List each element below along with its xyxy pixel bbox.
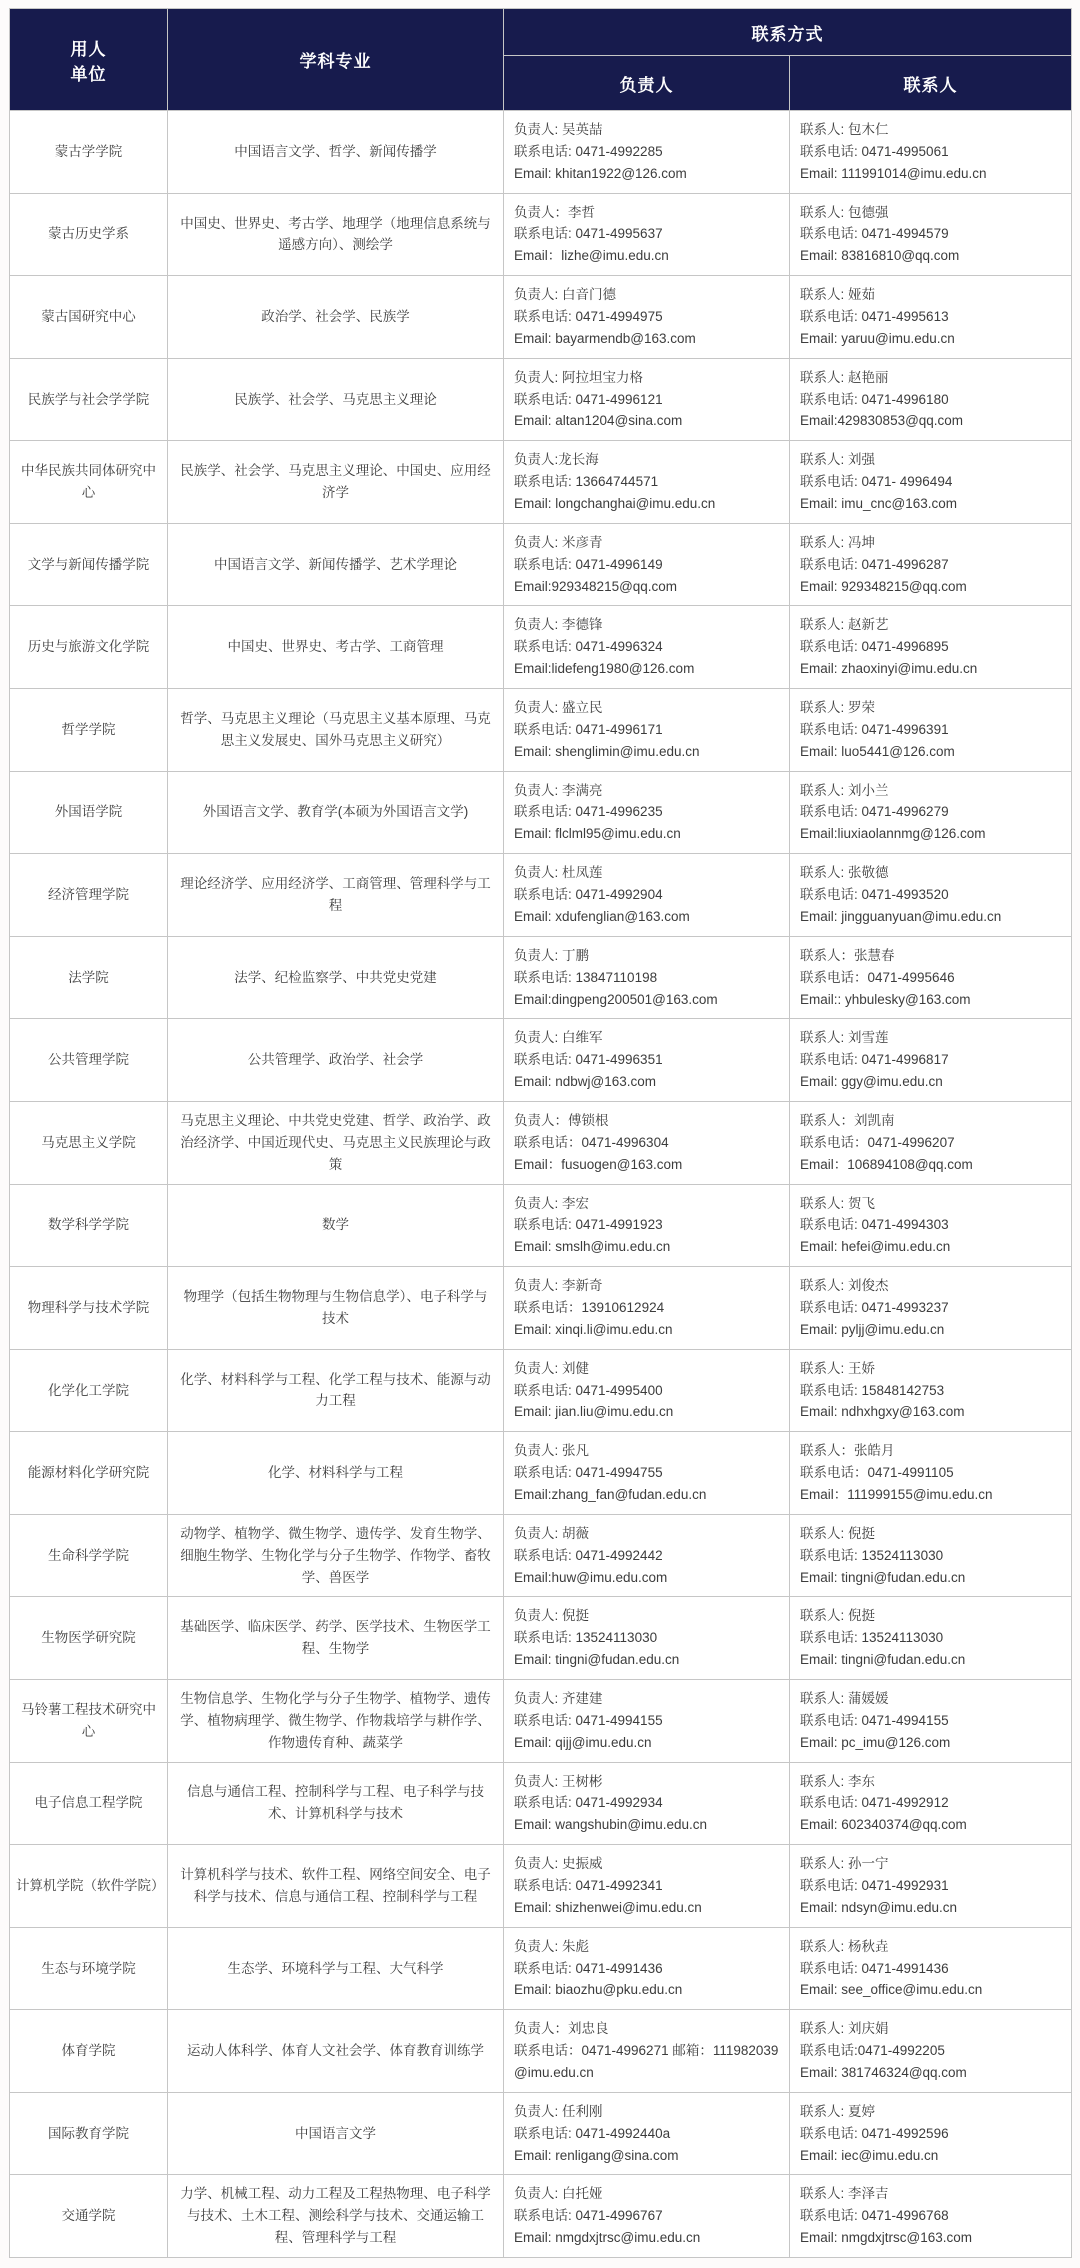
majors-cell: 政治学、社会学、民族学 bbox=[168, 276, 504, 359]
unit-cell: 生态与环境学院 bbox=[10, 1927, 168, 2010]
leader-cell: 负责人:龙长海联系电话: 13664744571Email: longchang… bbox=[504, 441, 790, 524]
unit-cell: 生命科学学院 bbox=[10, 1514, 168, 1597]
unit-cell: 体育学院 bbox=[10, 2010, 168, 2093]
contact-line: 联系电话: 15848142753 bbox=[800, 1380, 1063, 1402]
majors-cell: 信息与通信工程、控制科学与工程、电子科学与技术、计算机科学与技术 bbox=[168, 1762, 504, 1845]
contact-line: 联系人：张皓月 bbox=[800, 1440, 1063, 1462]
majors-cell: 运动人体科学、体育人文社会学、体育教育训练学 bbox=[168, 2010, 504, 2093]
contact-line: 联系电话: 0471-4992931 bbox=[800, 1875, 1063, 1897]
leader-cell: 负责人: 张凡联系电话: 0471-4994755Email:zhang_fan… bbox=[504, 1432, 790, 1515]
contact-line: 联系电话: 0471-4994155 bbox=[800, 1710, 1063, 1732]
majors-cell: 中国语言文学、新闻传播学、艺术学理论 bbox=[168, 523, 504, 606]
leader-cell: 负责人：傅锁根联系电话：0471-4996304Email：fusuogen@1… bbox=[504, 1101, 790, 1184]
contact-line: 联系人: 赵艳丽 bbox=[800, 367, 1063, 389]
leader-cell: 负责人: 白维军联系电话: 0471-4996351Email: ndbwj@1… bbox=[504, 1019, 790, 1102]
contact-line: 联系人: 贺飞 bbox=[800, 1193, 1063, 1215]
contact-line: Email: jingguanyuan@imu.edu.cn bbox=[800, 906, 1063, 928]
leader-line: 联系电话: 0471-4995400 bbox=[514, 1380, 781, 1402]
leader-line: Email: khitan1922@126.com bbox=[514, 163, 781, 185]
table-row: 外国语学院 外国语言文学、教育学(本硕为外国语言文学) 负责人: 李满亮联系电话… bbox=[10, 771, 1072, 854]
contact-cell: 联系人: 刘小兰联系电话: 0471-4996279Email:liuxiaol… bbox=[790, 771, 1072, 854]
contact-line: 联系电话：0471-4995646 bbox=[800, 967, 1063, 989]
contact-line: Email: imu_cnc@163.com bbox=[800, 493, 1063, 515]
leader-line: Email:zhang_fan@fudan.edu.cn bbox=[514, 1484, 781, 1506]
page: 用人 单位 学科专业 联系方式 负责人 联系人 蒙古学学院 中国语言文学、哲学、… bbox=[0, 0, 1080, 2268]
contact-cell: 联系人: 包木仁联系电话: 0471-4995061Email: 1119910… bbox=[790, 111, 1072, 194]
leader-line: 联系电话: 0471-4992442 bbox=[514, 1545, 781, 1567]
majors-cell: 外国语言文学、教育学(本硕为外国语言文学) bbox=[168, 771, 504, 854]
table-row: 数学科学学院 数学 负责人: 李宏联系电话: 0471-4991923Email… bbox=[10, 1184, 1072, 1267]
contact-line: Email: pc_imu@126.com bbox=[800, 1732, 1063, 1754]
contact-line: Email: see_office@imu.edu.cn bbox=[800, 1979, 1063, 2001]
leader-line: 联系电话: 0471-4992440a bbox=[514, 2123, 781, 2145]
contact-line: Email: iec@imu.edu.cn bbox=[800, 2145, 1063, 2167]
leader-line: Email:lidefeng1980@126.com bbox=[514, 658, 781, 680]
contact-line: 联系人: 冯坤 bbox=[800, 532, 1063, 554]
contact-cell: 联系人: 赵艳丽联系电话: 0471-4996180Email:42983085… bbox=[790, 358, 1072, 441]
contact-cell: 联系人: 李东联系电话: 0471-4992912Email: 60234037… bbox=[790, 1762, 1072, 1845]
contact-line: Email: ggy@imu.edu.cn bbox=[800, 1071, 1063, 1093]
contact-line: 联系人: 李东 bbox=[800, 1771, 1063, 1793]
contact-line: 联系人: 包木仁 bbox=[800, 119, 1063, 141]
table-row: 体育学院 运动人体科学、体育人文社会学、体育教育训练学 负责人：刘忠良联系电话：… bbox=[10, 2010, 1072, 2093]
contact-line: 联系人: 罗荣 bbox=[800, 697, 1063, 719]
contact-line: 联系电话:0471-4992205 bbox=[800, 2040, 1063, 2062]
contact-line: 联系人: 倪挺 bbox=[800, 1523, 1063, 1545]
leader-line: 负责人: 朱彪 bbox=[514, 1936, 781, 1958]
leader-cell: 负责人: 丁鹏联系电话: 13847110198Email:dingpeng20… bbox=[504, 936, 790, 1019]
majors-cell: 生态学、环境科学与工程、大气科学 bbox=[168, 1927, 504, 2010]
table-row: 计算机学院（软件学院） 计算机科学与技术、软件工程、网络空间安全、电子科学与技术… bbox=[10, 1845, 1072, 1928]
contact-line: 联系人: 刘庆娟 bbox=[800, 2018, 1063, 2040]
table-row: 马克思主义学院 马克思主义理论、中共党史党建、哲学、政治学、政治经济学、中国近现… bbox=[10, 1101, 1072, 1184]
table-header: 用人 单位 学科专业 联系方式 负责人 联系人 bbox=[10, 9, 1072, 111]
contact-line: Email: nmgdxjtrsc@163.com bbox=[800, 2227, 1063, 2249]
leader-cell: 负责人: 齐建建联系电话: 0471-4994155Email: qijj@im… bbox=[504, 1679, 790, 1762]
leader-line: 联系电话: 0471-4992341 bbox=[514, 1875, 781, 1897]
contact-line: Email:: yhbulesky@163.com bbox=[800, 989, 1063, 1011]
leader-line: 负责人: 白音门德 bbox=[514, 284, 781, 306]
leader-cell: 负责人：刘忠良联系电话：0471-4996271 邮箱：111982039@im… bbox=[504, 2010, 790, 2093]
contact-line: Email: 929348215@qq.com bbox=[800, 576, 1063, 598]
leader-line: 联系电话：13910612924 bbox=[514, 1297, 781, 1319]
unit-cell: 蒙古学学院 bbox=[10, 111, 168, 194]
contact-line: 联系电话: 13524113030 bbox=[800, 1627, 1063, 1649]
contact-line: Email: 111991014@imu.edu.cn bbox=[800, 163, 1063, 185]
table-row: 生物医学研究院 基础医学、临床医学、药学、医学技术、生物医学工程、生物学 负责人… bbox=[10, 1597, 1072, 1680]
table-row: 公共管理学院 公共管理学、政治学、社会学 负责人: 白维军联系电话: 0471-… bbox=[10, 1019, 1072, 1102]
leader-cell: 负责人：李哲联系电话: 0471-4995637Email：lizhe@imu.… bbox=[504, 193, 790, 276]
majors-cell: 物理学（包括生物物理与生物信息学）、电子科学与技术 bbox=[168, 1267, 504, 1350]
leader-cell: 负责人: 史振威联系电话: 0471-4992341Email: shizhen… bbox=[504, 1845, 790, 1928]
leader-line: 负责人: 盛立民 bbox=[514, 697, 781, 719]
table-row: 蒙古学学院 中国语言文学、哲学、新闻传播学 负责人: 吴英喆联系电话: 0471… bbox=[10, 111, 1072, 194]
unit-cell: 物理科学与技术学院 bbox=[10, 1267, 168, 1350]
table-row: 文学与新闻传播学院 中国语言文学、新闻传播学、艺术学理论 负责人: 米彦青联系电… bbox=[10, 523, 1072, 606]
leader-line: 联系电话: 0471-4991923 bbox=[514, 1214, 781, 1236]
majors-cell: 中国语言文学 bbox=[168, 2092, 504, 2175]
leader-line: 负责人: 倪挺 bbox=[514, 1605, 781, 1627]
leader-line: 联系电话: 0471-4996171 bbox=[514, 719, 781, 741]
leader-line: 联系电话: 0471-4996149 bbox=[514, 554, 781, 576]
leader-line: 负责人: 胡薇 bbox=[514, 1523, 781, 1545]
leader-line: Email: longchanghai@imu.edu.cn bbox=[514, 493, 781, 515]
leader-line: 负责人: 刘健 bbox=[514, 1358, 781, 1380]
col-header-contact-methods: 联系方式 bbox=[504, 9, 1072, 56]
leader-line: Email: wangshubin@imu.edu.cn bbox=[514, 1814, 781, 1836]
majors-cell: 化学、材料科学与工程、化学工程与技术、能源与动力工程 bbox=[168, 1349, 504, 1432]
contact-line: 联系电话: 0471-4992596 bbox=[800, 2123, 1063, 2145]
contact-cell: 联系人: 倪挺联系电话: 13524113030Email: tingni@fu… bbox=[790, 1514, 1072, 1597]
contact-line: 联系人: 倪挺 bbox=[800, 1605, 1063, 1627]
unit-cell: 哲学学院 bbox=[10, 689, 168, 772]
contact-line: 联系电话: 0471-4996180 bbox=[800, 389, 1063, 411]
contact-line: 联系人: 娅茹 bbox=[800, 284, 1063, 306]
leader-line: 负责人: 李满亮 bbox=[514, 780, 781, 802]
majors-cell: 民族学、社会学、马克思主义理论、中国史、应用经济学 bbox=[168, 441, 504, 524]
contact-line: 联系人：刘凯南 bbox=[800, 1110, 1063, 1132]
leader-cell: 负责人: 吴英喆联系电话: 0471-4992285Email: khitan1… bbox=[504, 111, 790, 194]
contact-cell: 联系人: 刘雪莲联系电话: 0471-4996817Email: ggy@imu… bbox=[790, 1019, 1072, 1102]
majors-cell: 生物信息学、生物化学与分子生物学、植物学、遗传学、植物病理学、微生物学、作物栽培… bbox=[168, 1679, 504, 1762]
leader-line: Email: bayarmendb@163.com bbox=[514, 328, 781, 350]
leader-cell: 负责人: 米彦青联系电话: 0471-4996149Email:92934821… bbox=[504, 523, 790, 606]
leader-cell: 负责人: 任利刚联系电话: 0471-4992440aEmail: renlig… bbox=[504, 2092, 790, 2175]
unit-cell: 马克思主义学院 bbox=[10, 1101, 168, 1184]
leader-line: Email: biaozhu@pku.edu.cn bbox=[514, 1979, 781, 2001]
contact-cell: 联系人: 张敬德联系电话: 0471-4993520Email: jinggua… bbox=[790, 854, 1072, 937]
contact-cell: 联系人：张皓月联系电话：0471-4991105Email：111999155@… bbox=[790, 1432, 1072, 1515]
contact-line: 联系电话: 0471-4993520 bbox=[800, 884, 1063, 906]
contact-cell: 联系人: 刘强联系电话: 0471- 4996494Email: imu_cnc… bbox=[790, 441, 1072, 524]
leader-cell: 负责人: 刘健联系电话: 0471-4995400Email: jian.liu… bbox=[504, 1349, 790, 1432]
contact-cell: 联系人: 夏婷联系电话: 0471-4992596Email: iec@imu.… bbox=[790, 2092, 1072, 2175]
unit-cell: 计算机学院（软件学院） bbox=[10, 1845, 168, 1928]
col-header-leader: 负责人 bbox=[504, 56, 790, 111]
table-row: 电子信息工程学院 信息与通信工程、控制科学与工程、电子科学与技术、计算机科学与技… bbox=[10, 1762, 1072, 1845]
majors-cell: 理论经济学、应用经济学、工商管理、管理科学与工程 bbox=[168, 854, 504, 937]
leader-line: 联系电话: 0471-4996351 bbox=[514, 1049, 781, 1071]
leader-cell: 负责人: 盛立民联系电话: 0471-4996171Email: shengli… bbox=[504, 689, 790, 772]
leader-line: 负责人: 吴英喆 bbox=[514, 119, 781, 141]
contact-table: 用人 单位 学科专业 联系方式 负责人 联系人 蒙古学学院 中国语言文学、哲学、… bbox=[9, 8, 1072, 2258]
contact-line: 联系人: 李泽吉 bbox=[800, 2183, 1063, 2205]
unit-cell: 蒙古历史学系 bbox=[10, 193, 168, 276]
contact-cell: 联系人: 杨秋垚联系电话: 0471-4991436Email: see_off… bbox=[790, 1927, 1072, 2010]
contact-cell: 联系人: 李泽吉联系电话: 0471-4996768Email: nmgdxjt… bbox=[790, 2175, 1072, 2258]
unit-cell: 经济管理学院 bbox=[10, 854, 168, 937]
table-row: 马铃薯工程技术研究中心 生物信息学、生物化学与分子生物学、植物学、遗传学、植物病… bbox=[10, 1679, 1072, 1762]
majors-cell: 化学、材料科学与工程 bbox=[168, 1432, 504, 1515]
leader-line: 联系电话: 0471-4996767 bbox=[514, 2205, 781, 2227]
contact-line: Email: yaruu@imu.edu.cn bbox=[800, 328, 1063, 350]
contact-cell: 联系人：张慧春联系电话：0471-4995646Email:: yhbulesk… bbox=[790, 936, 1072, 1019]
contact-line: 联系人: 蒲媛媛 bbox=[800, 1688, 1063, 1710]
leader-cell: 负责人: 杜凤莲联系电话: 0471-4992904Email: xdufeng… bbox=[504, 854, 790, 937]
leader-line: Email：fusuogen@163.com bbox=[514, 1154, 781, 1176]
unit-cell: 法学院 bbox=[10, 936, 168, 1019]
leader-line: Email: renligang@sina.com bbox=[514, 2145, 781, 2167]
contact-line: Email：106894108@qq.com bbox=[800, 1154, 1063, 1176]
unit-cell: 能源材料化学研究院 bbox=[10, 1432, 168, 1515]
majors-cell: 中国语言文学、哲学、新闻传播学 bbox=[168, 111, 504, 194]
leader-line: 联系电话: 0471-4995637 bbox=[514, 223, 781, 245]
leader-cell: 负责人: 李新奇联系电话：13910612924Email: xinqi.li@… bbox=[504, 1267, 790, 1350]
contact-line: Email: 381746324@qq.com bbox=[800, 2062, 1063, 2084]
leader-line: 负责人: 任利刚 bbox=[514, 2101, 781, 2123]
leader-line: Email: tingni@fudan.edu.cn bbox=[514, 1649, 781, 1671]
leader-cell: 负责人: 朱彪联系电话: 0471-4991436Email: biaozhu@… bbox=[504, 1927, 790, 2010]
leader-cell: 负责人: 李满亮联系电话: 0471-4996235Email: flclml9… bbox=[504, 771, 790, 854]
leader-line: 联系电话: 0471-4992904 bbox=[514, 884, 781, 906]
contact-cell: 联系人: 倪挺联系电话: 13524113030Email: tingni@fu… bbox=[790, 1597, 1072, 1680]
majors-cell: 基础医学、临床医学、药学、医学技术、生物医学工程、生物学 bbox=[168, 1597, 504, 1680]
table-row: 哲学学院 哲学、马克思主义理论（马克思主义基本原理、马克思主义发展史、国外马克思… bbox=[10, 689, 1072, 772]
leader-cell: 负责人: 李宏联系电话: 0471-4991923Email: smslh@im… bbox=[504, 1184, 790, 1267]
leader-line: Email: qijj@imu.edu.cn bbox=[514, 1732, 781, 1754]
leader-line: Email: flclml95@imu.edu.cn bbox=[514, 823, 781, 845]
contact-line: 联系电话: 0471- 4996494 bbox=[800, 471, 1063, 493]
col-header-contact-person: 联系人 bbox=[790, 56, 1072, 111]
contact-line: 联系电话: 13524113030 bbox=[800, 1545, 1063, 1567]
majors-cell: 哲学、马克思主义理论（马克思主义基本原理、马克思主义发展史、国外马克思主义研究） bbox=[168, 689, 504, 772]
majors-cell: 法学、纪检监察学、中共党史党建 bbox=[168, 936, 504, 1019]
unit-cell: 民族学与社会学学院 bbox=[10, 358, 168, 441]
leader-line: 负责人: 王树彬 bbox=[514, 1771, 781, 1793]
leader-line: 联系电话: 0471-4996235 bbox=[514, 801, 781, 823]
majors-cell: 马克思主义理论、中共党史党建、哲学、政治学、政治经济学、中国近现代史、马克思主义… bbox=[168, 1101, 504, 1184]
leader-cell: 负责人: 倪挺联系电话: 13524113030Email: tingni@fu… bbox=[504, 1597, 790, 1680]
unit-cell: 马铃薯工程技术研究中心 bbox=[10, 1679, 168, 1762]
contact-line: 联系电话: 0471-4996287 bbox=[800, 554, 1063, 576]
unit-cell: 数学科学学院 bbox=[10, 1184, 168, 1267]
contact-line: 联系人: 王娇 bbox=[800, 1358, 1063, 1380]
table-row: 化学化工学院 化学、材料科学与工程、化学工程与技术、能源与动力工程 负责人: 刘… bbox=[10, 1349, 1072, 1432]
majors-cell: 中国史、世界史、考古学、地理学（地理信息系统与遥感方向）、测绘学 bbox=[168, 193, 504, 276]
leader-line: Email:dingpeng200501@163.com bbox=[514, 989, 781, 1011]
contact-line: 联系电话：0471-4991105 bbox=[800, 1462, 1063, 1484]
contact-cell: 联系人: 王娇联系电话: 15848142753Email: ndhxhgxy@… bbox=[790, 1349, 1072, 1432]
contact-line: Email: ndsyn@imu.edu.cn bbox=[800, 1897, 1063, 1919]
contact-cell: 联系人: 赵新艺联系电话: 0471-4996895Email: zhaoxin… bbox=[790, 606, 1072, 689]
leader-line: Email：lizhe@imu.edu.cn bbox=[514, 245, 781, 267]
leader-line: 负责人: 杜凤莲 bbox=[514, 862, 781, 884]
contact-cell: 联系人: 冯坤联系电话: 0471-4996287Email: 92934821… bbox=[790, 523, 1072, 606]
contact-line: 联系电话: 0471-4996768 bbox=[800, 2205, 1063, 2227]
leader-line: Email:929348215@qq.com bbox=[514, 576, 781, 598]
contact-cell: 联系人: 罗荣联系电话: 0471-4996391Email: luo5441@… bbox=[790, 689, 1072, 772]
leader-line: 联系电话：0471-4996271 邮箱：111982039@imu.edu.c… bbox=[514, 2040, 781, 2084]
contact-cell: 联系人: 蒲媛媛联系电话: 0471-4994155Email: pc_imu@… bbox=[790, 1679, 1072, 1762]
leader-line: 负责人: 白托娅 bbox=[514, 2183, 781, 2205]
leader-line: 负责人: 张凡 bbox=[514, 1440, 781, 1462]
contact-line: 联系人: 杨秋垚 bbox=[800, 1936, 1063, 1958]
contact-line: 联系人: 刘雪莲 bbox=[800, 1027, 1063, 1049]
contact-line: 联系人: 赵新艺 bbox=[800, 614, 1063, 636]
leader-line: 负责人: 李宏 bbox=[514, 1193, 781, 1215]
leader-line: Email: xdufenglian@163.com bbox=[514, 906, 781, 928]
unit-cell: 外国语学院 bbox=[10, 771, 168, 854]
table-row: 蒙古国研究中心 政治学、社会学、民族学 负责人: 白音门德联系电话: 0471-… bbox=[10, 276, 1072, 359]
leader-cell: 负责人: 白托娅联系电话: 0471-4996767Email: nmgdxjt… bbox=[504, 2175, 790, 2258]
contact-line: 联系人：张慧春 bbox=[800, 945, 1063, 967]
contact-line: 联系电话: 0471-4991436 bbox=[800, 1958, 1063, 1980]
contact-cell: 联系人：刘凯南联系电话：0471-4996207Email：106894108@… bbox=[790, 1101, 1072, 1184]
leader-line: 联系电话: 0471-4996324 bbox=[514, 636, 781, 658]
leader-line: Email: jian.liu@imu.edu.cn bbox=[514, 1401, 781, 1423]
contact-line: 联系人: 刘小兰 bbox=[800, 780, 1063, 802]
contact-line: 联系人: 刘俊杰 bbox=[800, 1275, 1063, 1297]
contact-line: 联系电话: 0471-4996895 bbox=[800, 636, 1063, 658]
contact-line: 联系人: 包德强 bbox=[800, 202, 1063, 224]
contact-line: 联系电话: 0471-4994303 bbox=[800, 1214, 1063, 1236]
majors-cell: 中国史、世界史、考古学、工商管理 bbox=[168, 606, 504, 689]
unit-cell: 历史与旅游文化学院 bbox=[10, 606, 168, 689]
leader-line: 负责人: 史振威 bbox=[514, 1853, 781, 1875]
leader-line: Email: xinqi.li@imu.edu.cn bbox=[514, 1319, 781, 1341]
majors-cell: 公共管理学、政治学、社会学 bbox=[168, 1019, 504, 1102]
majors-cell: 力学、机械工程、动力工程及工程热物理、电子科学与技术、土木工程、测绘科学与技术、… bbox=[168, 2175, 504, 2258]
unit-cell: 国际教育学院 bbox=[10, 2092, 168, 2175]
majors-cell: 动物学、植物学、微生物学、遗传学、发育生物学、细胞生物学、生物化学与分子生物学、… bbox=[168, 1514, 504, 1597]
leader-line: Email: nmgdxjtrsc@imu.edu.cn bbox=[514, 2227, 781, 2249]
contact-line: Email: 602340374@qq.com bbox=[800, 1814, 1063, 1836]
contact-cell: 联系人: 刘俊杰联系电话: 0471-4993237Email: pyljj@i… bbox=[790, 1267, 1072, 1350]
contact-cell: 联系人: 刘庆娟联系电话:0471-4992205Email: 38174632… bbox=[790, 2010, 1072, 2093]
contact-line: 联系电话: 0471-4995061 bbox=[800, 141, 1063, 163]
contact-line: 联系电话: 0471-4993237 bbox=[800, 1297, 1063, 1319]
leader-line: 联系电话: 0471-4994155 bbox=[514, 1710, 781, 1732]
contact-line: Email: 83816810@qq.com bbox=[800, 245, 1063, 267]
unit-cell: 生物医学研究院 bbox=[10, 1597, 168, 1680]
contact-cell: 联系人: 贺飞联系电话: 0471-4994303Email: hefei@im… bbox=[790, 1184, 1072, 1267]
leader-line: 负责人: 齐建建 bbox=[514, 1688, 781, 1710]
unit-cell: 中华民族共同体研究中心 bbox=[10, 441, 168, 524]
majors-cell: 数学 bbox=[168, 1184, 504, 1267]
leader-line: Email: shenglimin@imu.edu.cn bbox=[514, 741, 781, 763]
unit-cell: 公共管理学院 bbox=[10, 1019, 168, 1102]
leader-cell: 负责人: 李德锋联系电话: 0471-4996324Email:lidefeng… bbox=[504, 606, 790, 689]
contact-line: Email: ndhxhgxy@163.com bbox=[800, 1401, 1063, 1423]
unit-cell: 化学化工学院 bbox=[10, 1349, 168, 1432]
leader-line: 负责人: 白维军 bbox=[514, 1027, 781, 1049]
contact-line: 联系电话: 0471-4996817 bbox=[800, 1049, 1063, 1071]
leader-line: 负责人: 李新奇 bbox=[514, 1275, 781, 1297]
leader-line: 负责人：傅锁根 bbox=[514, 1110, 781, 1132]
unit-cell: 电子信息工程学院 bbox=[10, 1762, 168, 1845]
unit-cell: 交通学院 bbox=[10, 2175, 168, 2258]
unit-cell: 文学与新闻传播学院 bbox=[10, 523, 168, 606]
contact-line: 联系电话: 0471-4992912 bbox=[800, 1792, 1063, 1814]
leader-line: Email: altan1204@sina.com bbox=[514, 410, 781, 432]
table-row: 国际教育学院 中国语言文学 负责人: 任利刚联系电话: 0471-4992440… bbox=[10, 2092, 1072, 2175]
contact-line: Email:429830853@qq.com bbox=[800, 410, 1063, 432]
table-body: 蒙古学学院 中国语言文学、哲学、新闻传播学 负责人: 吴英喆联系电话: 0471… bbox=[10, 111, 1072, 2258]
leader-line: 联系电话: 0471-4992934 bbox=[514, 1792, 781, 1814]
table-row: 生态与环境学院 生态学、环境科学与工程、大气科学 负责人: 朱彪联系电话: 04… bbox=[10, 1927, 1072, 2010]
contact-cell: 联系人: 娅茹联系电话: 0471-4995613Email: yaruu@im… bbox=[790, 276, 1072, 359]
leader-line: Email: smslh@imu.edu.cn bbox=[514, 1236, 781, 1258]
contact-line: 联系电话：0471-4996207 bbox=[800, 1132, 1063, 1154]
col-header-majors: 学科专业 bbox=[168, 9, 504, 111]
leader-line: 负责人:龙长海 bbox=[514, 449, 781, 471]
table-row: 物理科学与技术学院 物理学（包括生物物理与生物信息学）、电子科学与技术 负责人:… bbox=[10, 1267, 1072, 1350]
leader-cell: 负责人: 白音门德联系电话: 0471-4994975Email: bayarm… bbox=[504, 276, 790, 359]
leader-cell: 负责人: 阿拉坦宝力格联系电话: 0471-4996121Email: alta… bbox=[504, 358, 790, 441]
leader-line: 联系电话: 13524113030 bbox=[514, 1627, 781, 1649]
contact-line: 联系电话: 0471-4994579 bbox=[800, 223, 1063, 245]
majors-cell: 计算机科学与技术、软件工程、网络空间安全、电子科学与技术、信息与通信工程、控制科… bbox=[168, 1845, 504, 1928]
contact-line: Email: luo5441@126.com bbox=[800, 741, 1063, 763]
leader-line: Email: shizhenwei@imu.edu.cn bbox=[514, 1897, 781, 1919]
contact-line: Email: zhaoxinyi@imu.edu.cn bbox=[800, 658, 1063, 680]
leader-line: 负责人: 丁鹏 bbox=[514, 945, 781, 967]
leader-line: Email:huw@imu.edu.com bbox=[514, 1567, 781, 1589]
table-row: 生命科学学院 动物学、植物学、微生物学、遗传学、发育生物学、细胞生物学、生物化学… bbox=[10, 1514, 1072, 1597]
leader-line: 负责人：李哲 bbox=[514, 202, 781, 224]
contact-line: 联系电话: 0471-4996391 bbox=[800, 719, 1063, 741]
contact-line: Email: tingni@fudan.edu.cn bbox=[800, 1649, 1063, 1671]
leader-line: 负责人: 阿拉坦宝力格 bbox=[514, 367, 781, 389]
leader-line: 联系电话: 0471-4996121 bbox=[514, 389, 781, 411]
contact-line: 联系人: 夏婷 bbox=[800, 2101, 1063, 2123]
table-row: 蒙古历史学系 中国史、世界史、考古学、地理学（地理信息系统与遥感方向）、测绘学 … bbox=[10, 193, 1072, 276]
contact-line: 联系人: 孙一宁 bbox=[800, 1853, 1063, 1875]
contact-line: 联系电话: 0471-4995613 bbox=[800, 306, 1063, 328]
contact-line: Email: hefei@imu.edu.cn bbox=[800, 1236, 1063, 1258]
table-row: 历史与旅游文化学院 中国史、世界史、考古学、工商管理 负责人: 李德锋联系电话:… bbox=[10, 606, 1072, 689]
leader-line: 联系电话: 13847110198 bbox=[514, 967, 781, 989]
leader-cell: 负责人: 王树彬联系电话: 0471-4992934Email: wangshu… bbox=[504, 1762, 790, 1845]
contact-cell: 联系人: 孙一宁联系电话: 0471-4992931Email: ndsyn@i… bbox=[790, 1845, 1072, 1928]
leader-line: 联系电话: 0471-4991436 bbox=[514, 1958, 781, 1980]
leader-line: 负责人: 李德锋 bbox=[514, 614, 781, 636]
leader-line: 联系电话: 0471-4994975 bbox=[514, 306, 781, 328]
contact-line: Email: pyljj@imu.edu.cn bbox=[800, 1319, 1063, 1341]
leader-line: Email: ndbwj@163.com bbox=[514, 1071, 781, 1093]
leader-line: 负责人: 米彦青 bbox=[514, 532, 781, 554]
contact-line: Email:liuxiaolannmg@126.com bbox=[800, 823, 1063, 845]
table-row: 交通学院 力学、机械工程、动力工程及工程热物理、电子科学与技术、土木工程、测绘科… bbox=[10, 2175, 1072, 2258]
leader-line: 负责人：刘忠良 bbox=[514, 2018, 781, 2040]
contact-line: Email：111999155@imu.edu.cn bbox=[800, 1484, 1063, 1506]
contact-cell: 联系人: 包德强联系电话: 0471-4994579Email: 8381681… bbox=[790, 193, 1072, 276]
col-header-unit: 用人 单位 bbox=[10, 9, 168, 111]
unit-cell: 蒙古国研究中心 bbox=[10, 276, 168, 359]
table-row: 法学院 法学、纪检监察学、中共党史党建 负责人: 丁鹏联系电话: 1384711… bbox=[10, 936, 1072, 1019]
leader-line: 联系电话：0471-4996304 bbox=[514, 1132, 781, 1154]
majors-cell: 民族学、社会学、马克思主义理论 bbox=[168, 358, 504, 441]
contact-line: 联系人: 张敬德 bbox=[800, 862, 1063, 884]
contact-line: 联系电话: 0471-4996279 bbox=[800, 801, 1063, 823]
contact-line: 联系人: 刘强 bbox=[800, 449, 1063, 471]
table-row: 经济管理学院 理论经济学、应用经济学、工商管理、管理科学与工程 负责人: 杜凤莲… bbox=[10, 854, 1072, 937]
leader-line: 联系电话: 0471-4994755 bbox=[514, 1462, 781, 1484]
leader-cell: 负责人: 胡薇联系电话: 0471-4992442Email:huw@imu.e… bbox=[504, 1514, 790, 1597]
table-row: 民族学与社会学学院 民族学、社会学、马克思主义理论 负责人: 阿拉坦宝力格联系电… bbox=[10, 358, 1072, 441]
leader-line: 联系电话: 13664744571 bbox=[514, 471, 781, 493]
table-row: 能源材料化学研究院 化学、材料科学与工程 负责人: 张凡联系电话: 0471-4… bbox=[10, 1432, 1072, 1515]
contact-line: Email: tingni@fudan.edu.cn bbox=[800, 1567, 1063, 1589]
table-row: 中华民族共同体研究中心 民族学、社会学、马克思主义理论、中国史、应用经济学 负责… bbox=[10, 441, 1072, 524]
leader-line: 联系电话: 0471-4992285 bbox=[514, 141, 781, 163]
